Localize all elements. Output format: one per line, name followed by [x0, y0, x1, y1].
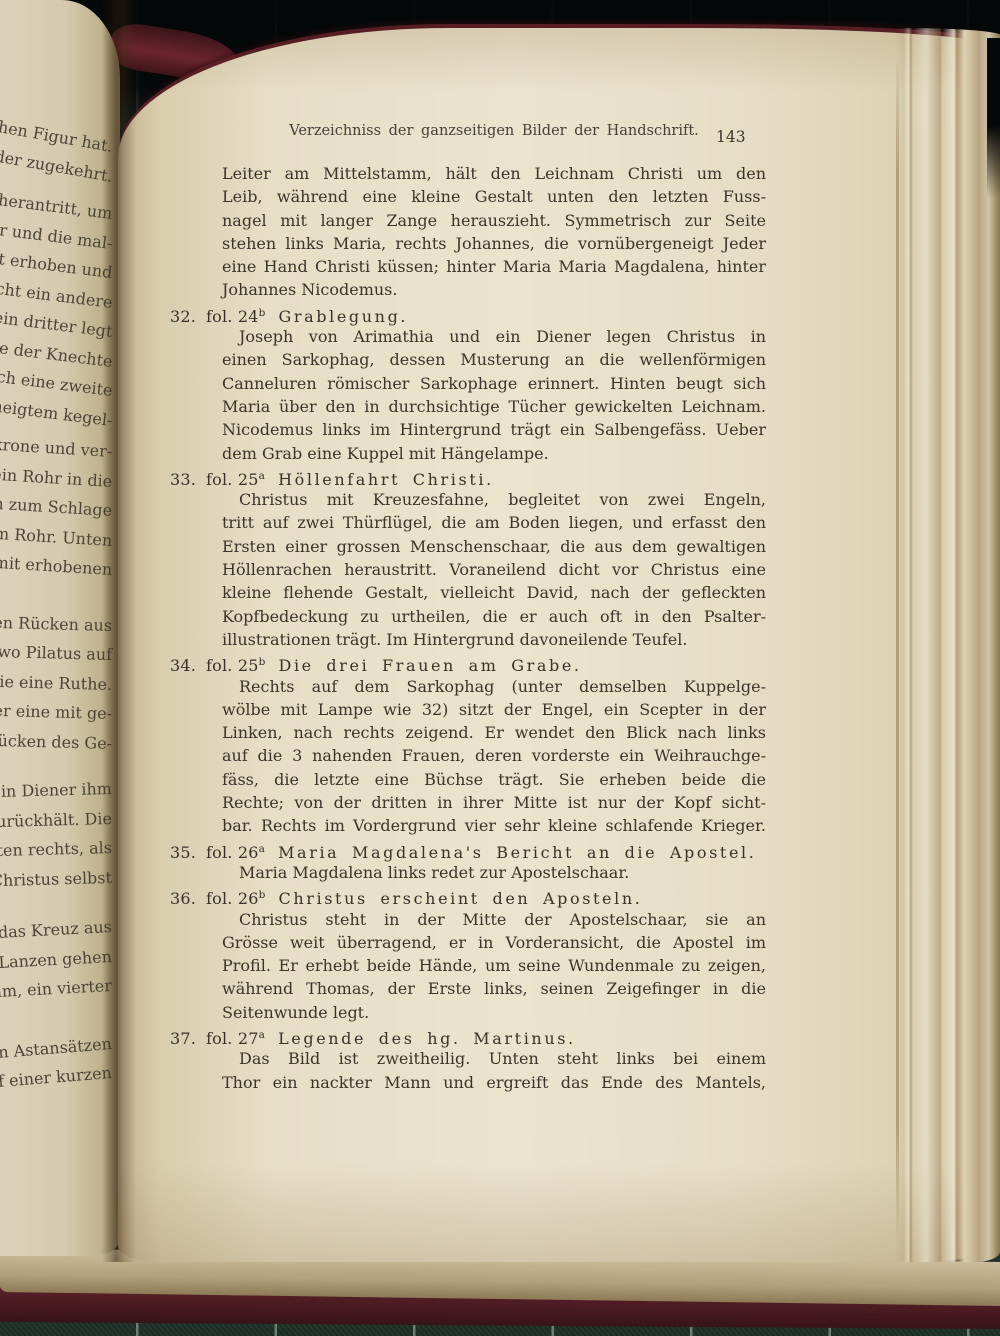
text-line: Rechts auf dem Sarkophag (unter demselbe…	[170, 675, 766, 698]
entry-title: Maria Magdalena's Bericht an die Apostel…	[278, 843, 756, 862]
book-photo: hlichen Figur hat.inander zugekehrt.ts h…	[0, 0, 1000, 1336]
entry-title: Christus erscheint den Aposteln.	[279, 889, 643, 908]
text-line: Profil. Er erhebt beide Hände, um seine …	[170, 954, 766, 977]
shadow-top-right	[987, 38, 1000, 198]
entry-folio: fol. 25a	[206, 470, 265, 489]
entry-number: 35.	[170, 841, 206, 864]
page-crease	[896, 54, 899, 1244]
left-page-paragraph: den Rücken aus, wo Pilatus aufg wie eine…	[0, 611, 112, 759]
text-line: Thor ein nackter Mann und ergreift das E…	[170, 1071, 766, 1094]
entry-folio: fol. 26b	[206, 889, 266, 908]
text-line: illustrationen trägt. Im Hintergrund dav…	[170, 628, 766, 651]
text-line: Kopfbedeckung zu urtheilen, die er auch …	[170, 605, 766, 628]
text-line: Maria über den in durchsichtige Tücher g…	[170, 395, 766, 418]
text-line: Rechte; von der dritten in ihrer Mitte i…	[170, 791, 766, 814]
folio-superscript: b	[259, 889, 266, 901]
left-page-paragraph: nkrone und ver-n ein Rohr in dieten zum …	[0, 437, 112, 585]
text-line: dem Grab eine Kuppel mit Hängelampe.	[170, 442, 766, 465]
text-line: wölbe mit Lampe wie 32) sitzt der Engel,…	[170, 698, 766, 721]
text-line: stehen links Maria, rechts Johannes, die…	[170, 232, 766, 255]
entry-number: 36.	[170, 887, 206, 910]
text-line: Leib, während eine kleine Gestalt unten …	[170, 185, 766, 208]
entry-folio: fol. 24b	[206, 307, 266, 326]
folio-superscript: a	[259, 470, 265, 482]
fore-edge-page-stack	[895, 28, 1000, 1262]
entry-heading: 33.fol. 25aHöllenfahrt Christi.	[170, 465, 766, 488]
left-page-paragraph: d ein Diener ihmzurückhält. Diesten rech…	[0, 774, 112, 892]
text-line: Johannes Nicodemus.	[170, 278, 766, 301]
entry-title: Die drei Frauen am Grabe.	[279, 656, 582, 675]
entry-folio: fol. 27a	[206, 1029, 265, 1048]
text-line: Ersten einer grossen Menschenschaar, die…	[170, 535, 766, 558]
text-line: Canneluren römischer Sarkophage erinnert…	[170, 372, 766, 395]
left-page-fragment: hm, ein vierter	[0, 971, 113, 1015]
text-line: auf die 3 nahenden Frauen, deren vorders…	[170, 744, 766, 767]
folio-superscript: b	[259, 307, 266, 319]
entry-heading: 32.fol. 24bGrablegung.	[170, 302, 766, 325]
entry-heading: 36.fol. 26bChristus erscheint den Aposte…	[170, 884, 766, 907]
text-line: eine Hand Christi küssen; hinter Maria M…	[170, 255, 766, 278]
entry-title: Grablegung.	[279, 307, 409, 326]
entry-number: 32.	[170, 305, 206, 328]
entry-number: 34.	[170, 654, 206, 677]
entry-list: Leiter am Mittelstamm, hält den Leichnam…	[170, 162, 766, 1094]
entry-number: 33.	[170, 468, 206, 491]
text-line: tritt auf zwei Thürflügel, die am Boden …	[170, 511, 766, 534]
entry-title: Legende des hg. Martinus.	[278, 1029, 576, 1048]
left-page-paragraph: ts herantritt, umrper und die mal-wert e…	[0, 199, 112, 435]
left-page-paragraph: t das Kreuz ausLanzen gehenhm, ein viert…	[0, 912, 112, 1001]
left-page-fragment: . Christus selbst	[0, 863, 112, 900]
text-line: einen Sarkophag, dessen Musterung an die…	[170, 348, 766, 371]
text-line: nagel mit langer Zange herauszieht. Symm…	[170, 209, 766, 232]
text-line: Das Bild ist zweitheilig. Unten steht li…	[170, 1047, 766, 1070]
entry-folio: fol. 26a	[206, 843, 265, 862]
text-line: Seitenwunde legt.	[170, 1001, 766, 1024]
left-page-paragraph: hlichen Figur hat.inander zugekehrt.	[0, 132, 112, 191]
text-line: Linken, nach rechts zeigend. Er wendet d…	[170, 721, 766, 744]
folio-superscript: a	[259, 843, 265, 855]
entry-heading: 37.fol. 27aLegende des hg. Martinus.	[170, 1024, 766, 1047]
entry-heading: 35.fol. 26aMaria Magdalena's Bericht an …	[170, 838, 766, 861]
text-line: Maria Magdalena links redet zur Apostels…	[170, 861, 766, 884]
running-head: Verzeichniss der ganzseitigen Bilder der…	[289, 123, 699, 139]
text-line: Leiter am Mittelstamm, hält den Leichnam…	[170, 162, 766, 185]
text-line: Nicodemus links im Hintergrund trägt ein…	[170, 418, 766, 441]
entry-number: 37.	[170, 1027, 206, 1050]
text-line: Christus steht in der Mitte der Apostels…	[170, 908, 766, 931]
left-page-fragment: den Rücken aus	[0, 603, 112, 640]
page-header: Verzeichniss der ganzseitigen Bilder der…	[222, 122, 766, 141]
gutter-shadow	[102, 0, 136, 1262]
text-line: fäss, die letzte eine Büchse trägt. Sie …	[170, 768, 766, 791]
left-page-fragment: uf einer kurzen	[0, 1058, 113, 1109]
text-line: Joseph von Arimathia und ein Diener lege…	[170, 325, 766, 348]
text-line: Höllenrachen heraustritt. Voraneilend di…	[170, 558, 766, 581]
page-number: 143	[716, 128, 746, 147]
entry-title: Höllenfahrt Christi.	[278, 470, 494, 489]
text-line: Grösse weit überragend, er in Vorderansi…	[170, 931, 766, 954]
folio-superscript: a	[259, 1029, 265, 1041]
left-page-paragraph: elen Astansätzenuf einer kurzen	[0, 1029, 112, 1088]
text-line: während Thomas, der Erste links, seinen …	[170, 977, 766, 1000]
folio-superscript: b	[259, 656, 266, 668]
text-line: kleine flehende Gestalt, vielleicht Davi…	[170, 581, 766, 604]
entry-folio: fol. 25b	[206, 656, 266, 675]
text-line: Christus mit Kreuzesfahne, begleitet von…	[170, 488, 766, 511]
left-page-fragments: hlichen Figur hat.inander zugekehrt.ts h…	[0, 132, 112, 1088]
entry-heading: 34.fol. 25bDie drei Frauen am Grabe.	[170, 651, 766, 674]
text-line: bar. Rechts im Vordergrund vier sehr kle…	[170, 814, 766, 837]
